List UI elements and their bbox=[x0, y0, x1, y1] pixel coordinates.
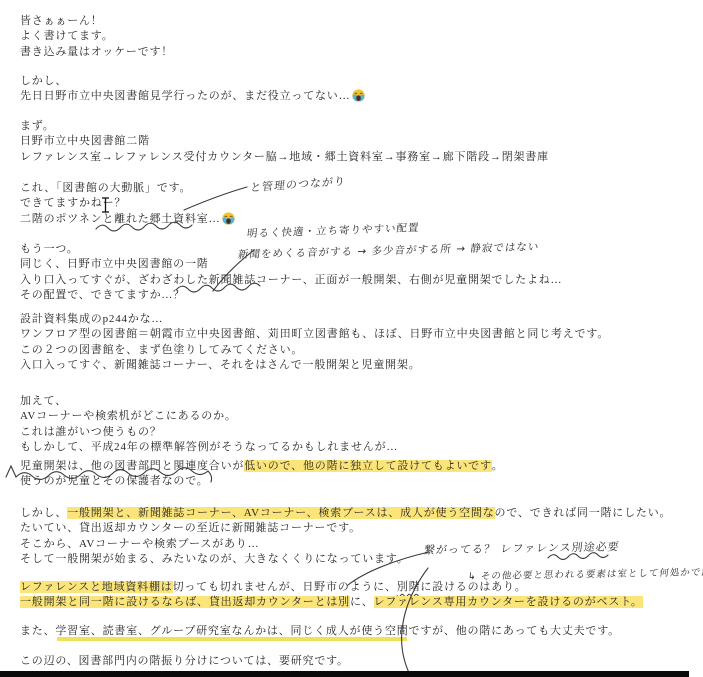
text-segment: ですが、他の階にあっても大丈夫です。 bbox=[409, 625, 620, 637]
text-segment: 皆さぁぁーん！ bbox=[20, 15, 103, 27]
highlighted-text: 一般開架と同一階に設けるならば、 bbox=[20, 596, 209, 608]
paragraph: これ、「図書館の大動脈」です。できてますかねー？二階のポツネンと離れた郷土資料室… bbox=[20, 181, 235, 227]
text-line: ワンフロア型の図書館＝朝霞市立中央図書館、苅田町立図書館も、ほぼ、日野市立中央図… bbox=[20, 327, 609, 342]
text-line: これは誰がいつ使うもの？ bbox=[20, 425, 398, 440]
highlighted-text: 貸出返却カウンターとは別 bbox=[209, 596, 350, 608]
text-segment: 入り口入ってすぐが、ざわざわした新聞雑誌コーナー、正面が一般開架、右側が児童開架… bbox=[20, 274, 562, 286]
text-segment: 設計資料集成のp244かな… bbox=[20, 313, 163, 325]
text-line: まず。 bbox=[20, 119, 549, 134]
text-line: 入り口入ってすぐが、ざわざわした新聞雑誌コーナー、正面が一般開架、右側が児童開架… bbox=[20, 273, 562, 288]
paragraph: 児童開架は、他の図書部門と関連度合いが低いので、他の階に独立して設けてもよいです… bbox=[20, 459, 504, 490]
crying-emoji-icon bbox=[352, 89, 365, 102]
text-line: 設計資料集成のp244かな… bbox=[20, 312, 609, 327]
text-segment: よく書けてます。 bbox=[20, 30, 114, 42]
paragraph: レファレンスと地域資料棚は切っても切れませんが、日野市のように、別階に設けるのは… bbox=[20, 580, 643, 611]
text-segment: に設けるのはあり。 bbox=[420, 581, 526, 593]
text-segment: もしかして、平成24年の標準解答例がそうなってるかもしれませんが… bbox=[20, 441, 398, 453]
text-line: AVコーナーや検索机がどこにあるのか。 bbox=[20, 409, 398, 424]
paragraph: また、学習室、読書室、グループ研究室なんかは、同じく成人が使う空間ですが、他の階… bbox=[20, 624, 620, 639]
text-segment: できてますかねー？ bbox=[20, 197, 126, 209]
text-line: できてますかねー？ bbox=[20, 196, 235, 211]
paragraph: 設計資料集成のp244かな…ワンフロア型の図書館＝朝霞市立中央図書館、苅田町立図… bbox=[20, 312, 609, 373]
text-segment: この２つの図書館を、まず色塗りしてみてください。 bbox=[20, 344, 303, 356]
highlighted-text: レファレンスと地域資料棚は bbox=[20, 581, 173, 593]
text-segment: 入口入ってすぐ、新聞雑誌コーナー、それをはさんで一般開架と児童開架。 bbox=[20, 359, 421, 371]
handwritten-note: と管理のつながり bbox=[250, 173, 347, 196]
wavy-underlined-text: 別階 bbox=[397, 581, 421, 593]
text-segment: この辺の、図書部門内の階振り分けについては、要研究です。 bbox=[20, 655, 349, 667]
text-segment: 同じく、日野市立中央図書館の一階 bbox=[20, 258, 209, 270]
text-segment: また、 bbox=[20, 625, 55, 637]
paragraph: まず。日野市立中央図書館二階レファレンス室→レファレンス受付カウンター脇→地域・… bbox=[20, 119, 549, 165]
text-segment: 加えて、 bbox=[20, 395, 67, 407]
text-line: この辺の、図書部門内の階振り分けについては、要研究です。 bbox=[20, 654, 349, 669]
text-line: 皆さぁぁーん！ bbox=[20, 14, 173, 29]
text-line: 書き込み量はオッケーです！ bbox=[20, 45, 173, 60]
bottom-black-bar bbox=[0, 671, 689, 677]
highlighted-text: 一般開架と、 bbox=[67, 507, 138, 519]
text-line: 日野市立中央図書館二階 bbox=[20, 134, 549, 149]
highlighted-text: 成人が使う空間な bbox=[400, 507, 494, 519]
text-line: 使うのが児童とその保護者なので。 bbox=[20, 474, 504, 489]
text-segment: そして一般開架が始まる、みたいなのが、大きなくくりになっています。 bbox=[20, 553, 409, 565]
text-segment: 書き込み量はオッケーです！ bbox=[20, 46, 173, 58]
text-segment: もう一つ。 bbox=[20, 243, 79, 255]
text-segment: その配置で、できてますか…？ bbox=[20, 289, 185, 301]
paragraph: 加えて、AVコーナーや検索机がどこにあるのか。これは誰がいつ使うもの？もしかして… bbox=[20, 394, 398, 455]
paragraph: しかし、一般開架と、新聞雑誌コーナー、AVコーナー、検索ブースは、成人が使う空間… bbox=[20, 506, 671, 567]
text-segment: AVコーナーや検索机がどこにあるのか。 bbox=[20, 410, 237, 422]
text-line: 入口入ってすぐ、新聞雑誌コーナー、それをはさんで一般開架と児童開架。 bbox=[20, 358, 609, 373]
text-cursor-icon bbox=[101, 197, 110, 213]
text-segment: 切っても切れませんが、日野市のように、 bbox=[173, 581, 397, 593]
marker-underlined-text: 学習室、読書室、グループ研究室なんかは、同じく成人が使う空間 bbox=[55, 625, 408, 637]
text-line: もしかして、平成24年の標準解答例がそうなってるかもしれませんが… bbox=[20, 440, 398, 455]
text-line: よく書けてます。 bbox=[20, 29, 173, 44]
text-segment: たいてい、貸出返却カウンターの至近に新聞雑誌コーナーです。 bbox=[20, 522, 361, 534]
text-segment: そこから、AVコーナーや検索ブースがあり… bbox=[20, 538, 259, 550]
text-line: しかし、 bbox=[20, 74, 365, 89]
text-segment: ワンフロア型の図書館＝朝霞市立中央図書館、苅田町立図書館も、ほぼ、日野市立中央図… bbox=[20, 328, 609, 340]
text-line: これ、「図書館の大動脈」です。 bbox=[20, 181, 235, 196]
document-page[interactable]: 皆さぁぁーん！よく書けてます。書き込み量はオッケーです！しかし、先日日野市立中央… bbox=[0, 0, 703, 677]
crying-emoji-icon bbox=[222, 212, 235, 225]
text-line: この２つの図書館を、まず色塗りしてみてください。 bbox=[20, 343, 609, 358]
text-segment: 児童開架は、他の図書部門と関連度合いが bbox=[20, 460, 244, 472]
text-segment: これは誰がいつ使うもの？ bbox=[20, 426, 162, 438]
highlighted-text: 低いので、他の階に独立して設けてもよいです bbox=[244, 460, 492, 472]
text-line: 加えて、 bbox=[20, 394, 398, 409]
text-line: また、学習室、読書室、グループ研究室なんかは、同じく成人が使う空間ですが、他の階… bbox=[20, 624, 620, 639]
text-line: その配置で、できてますか…？ bbox=[20, 288, 562, 303]
paragraph: 皆さぁぁーん！よく書けてます。書き込み量はオッケーです！ bbox=[20, 14, 173, 60]
text-line: レファレンスと地域資料棚は切っても切れませんが、日野市のように、別階に設けるのは… bbox=[20, 580, 643, 595]
highlighted-text: 新聞雑誌コーナー、AVコーナー、検索ブースは、 bbox=[138, 507, 400, 519]
text-segment: しかし、 bbox=[20, 75, 67, 87]
highlighted-text: レファレンス専用カウンターを設けるのがベスト。 bbox=[374, 596, 643, 608]
text-line: 二階のポツネンと離れた郷土資料室… bbox=[20, 212, 235, 227]
text-segment: レファレンス室→レファレンス受付カウンター脇→地域・郷土資料室→事務室→廊下階段… bbox=[20, 151, 549, 163]
text-line: 先日日野市立中央図書館見学行ったのが、まだ役立ってない… bbox=[20, 89, 365, 104]
text-line: たいてい、貸出返却カウンターの至近に新聞雑誌コーナーです。 bbox=[20, 521, 671, 536]
text-segment: に、 bbox=[350, 596, 374, 608]
text-segment: 使うのが児童とその保護者なので。 bbox=[20, 475, 209, 487]
text-segment: ので、できれば同一階にしたい。 bbox=[495, 507, 672, 519]
text-segment: しかし、 bbox=[20, 507, 67, 519]
paragraph: この辺の、図書部門内の階振り分けについては、要研究です。 bbox=[20, 654, 349, 669]
text-line: レファレンス室→レファレンス受付カウンター脇→地域・郷土資料室→事務室→廊下階段… bbox=[20, 150, 549, 165]
text-segment: 日野市立中央図書館二階 bbox=[20, 135, 150, 147]
text-line: しかし、一般開架と、新聞雑誌コーナー、AVコーナー、検索ブースは、成人が使う空間… bbox=[20, 506, 671, 521]
text-segment: これ、「図書館の大動脈」です。 bbox=[20, 182, 191, 194]
paragraph: しかし、先日日野市立中央図書館見学行ったのが、まだ役立ってない… bbox=[20, 74, 365, 105]
text-line: 一般開架と同一階に設けるならば、貸出返却カウンターとは別に、レファレンス専用カウ… bbox=[20, 595, 643, 610]
text-line: 児童開架は、他の図書部門と関連度合いが低いので、他の階に独立して設けてもよいです… bbox=[20, 459, 504, 474]
text-segment: まず。 bbox=[20, 120, 55, 132]
handwritten-note: 明るく快適・立ち寄りやすい配置 bbox=[246, 220, 420, 241]
text-segment: 二階のポツネンと離れた郷土資料室… bbox=[20, 213, 220, 225]
text-segment: 先日日野市立中央図書館見学行ったのが、まだ役立ってない… bbox=[20, 90, 350, 102]
text-segment: 。 bbox=[492, 460, 504, 472]
